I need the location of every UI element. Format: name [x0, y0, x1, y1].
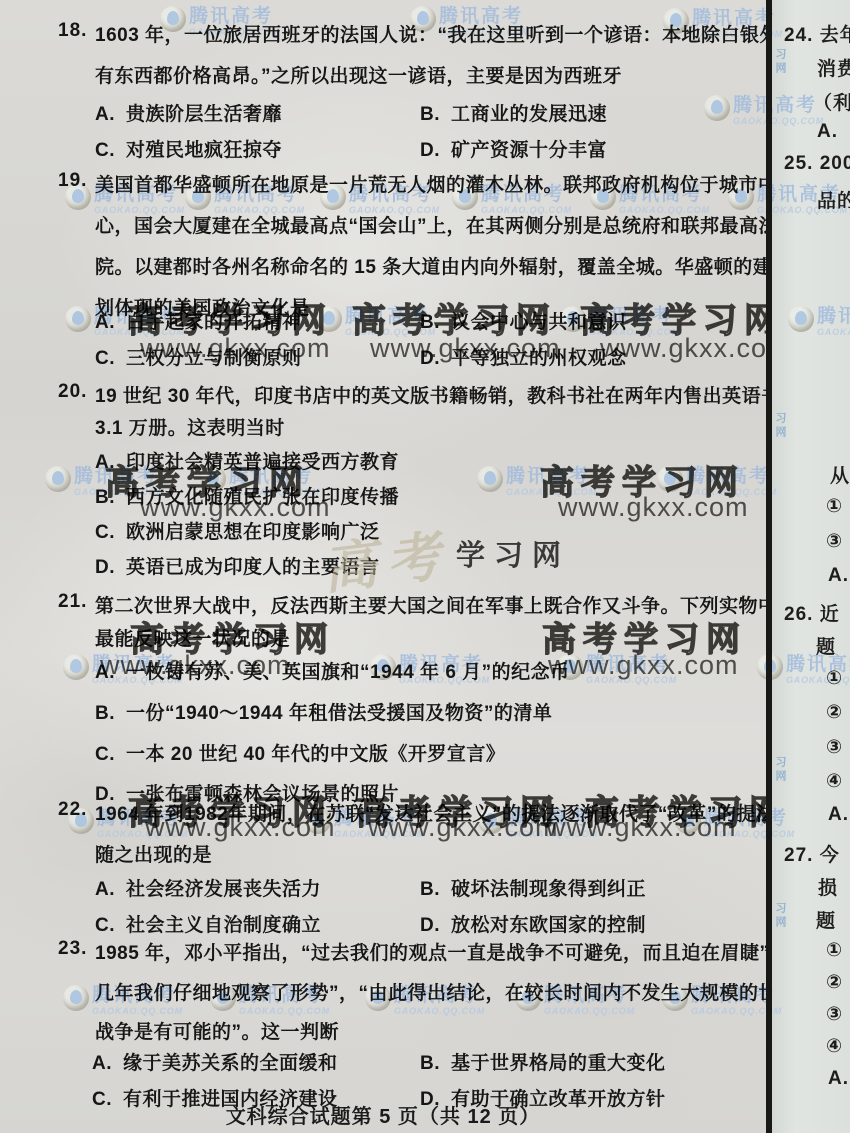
- next-column-text-fragment: ③: [826, 1003, 843, 1026]
- next-column-text-fragment: A.: [828, 565, 849, 587]
- next-column-text-fragment: ③: [826, 530, 843, 553]
- option-label: C.: [95, 522, 115, 543]
- tencent-watermark-name: 腾讯高考: [817, 307, 850, 326]
- option-D: D.放松对东欧国家的控制: [420, 910, 646, 937]
- gkxx-watermark-solid-fragment: 学习网: [456, 533, 570, 574]
- option-A: A.缘于美苏关系的全面缓和: [92, 1048, 338, 1075]
- question-stem-line: 有东西都价格高昂。”之所以出现这一谚语，主要是因为西班牙: [95, 61, 622, 88]
- next-column-text-fragment: 24. 去年: [784, 20, 850, 47]
- page-divider-line: [766, 0, 772, 1133]
- option-label: A.: [95, 879, 115, 900]
- next-column-text-fragment: 题: [816, 632, 836, 659]
- question-stem-line: 19 世纪 30 年代，印度书店中的英文版书籍畅销，教科书社在两年内售出英语书籍…: [95, 381, 766, 408]
- tencent-watermark-body: 腾讯高考GAOKAO.QQ.COM: [817, 307, 850, 337]
- next-column-text-fragment: ①: [826, 495, 843, 518]
- next-column-text-fragment: A.: [828, 1068, 849, 1090]
- gkxx-watermark-url: www.gkxx.com: [558, 492, 749, 523]
- option-label: B.: [420, 879, 440, 900]
- question-number: 19.: [58, 170, 87, 192]
- next-column-text-fragment: ①: [826, 667, 843, 690]
- next-column-text-fragment: 损: [818, 873, 838, 900]
- gkxx-watermark-url: www.gkxx.com: [145, 812, 336, 843]
- option-label: C.: [95, 140, 115, 161]
- option-D: D.矿产资源十分丰富: [420, 135, 607, 162]
- gkxx-watermark-script-fragment: 高考: [318, 512, 454, 604]
- question-number: 21.: [58, 591, 87, 613]
- question-stem-line: 随之出现的是: [95, 840, 212, 867]
- option-label: A.: [95, 312, 115, 333]
- next-column-text-fragment: ③: [826, 736, 843, 759]
- gkxx-watermark-url: www.gkxx.com: [100, 650, 291, 681]
- option-A: A.贵族阶层生活奢靡: [95, 99, 282, 126]
- next-column-text-fragment: 品的: [817, 186, 850, 213]
- next-column-text-fragment: 从: [830, 461, 850, 488]
- next-column-text-fragment: （利: [813, 88, 850, 115]
- option-A: A.社会经济发展丧失活力: [95, 874, 321, 901]
- gkxx-watermark-url: www.gkxx.com: [368, 812, 559, 843]
- question-stem-line: 1985 年，邓小平指出，“过去我们的观点一直是战争不可避免，而且迫在眉睫”；“…: [95, 938, 766, 965]
- edge-watermark-mark: 习网: [772, 902, 788, 930]
- option-B: B.一份“1940～1944 年租借法受援国及物资”的清单: [95, 698, 552, 725]
- next-column-text-fragment: A.: [817, 121, 838, 143]
- next-column-text-fragment: 26. 近: [784, 599, 840, 626]
- question-stem-line: 院。以建都时各州名称命名的 15 条大道由内向外辐射，覆盖全城。华盛顿的建筑规: [95, 252, 766, 279]
- gkxx-watermark-url: www.gkxx.com: [600, 333, 766, 364]
- option-label: C.: [95, 915, 115, 936]
- option-label: A.: [95, 104, 115, 125]
- option-label: B.: [420, 104, 440, 125]
- edge-watermark-mark: 习网: [772, 412, 788, 440]
- option-C: C.对殖民地疯狂掠夺: [95, 135, 282, 162]
- next-column-text-fragment: 27. 今: [784, 840, 840, 867]
- question-stem-line: 几年我们仔细地观察了形势”，“由此得出结论，在较长时间内不发生大规模的世界: [95, 978, 766, 1005]
- next-column-text-fragment: ④: [826, 1035, 843, 1058]
- next-column-text-fragment: 消费: [817, 54, 850, 81]
- option-label: D.: [420, 140, 440, 161]
- option-label: D.: [95, 557, 115, 578]
- next-column-text-fragment: A.: [828, 804, 849, 826]
- question-stem-line: 战争是有可能的”。这一判断: [95, 1017, 339, 1044]
- question-stem-line: 美国首都华盛顿所在地原是一片荒无人烟的灌木丛林。联邦政府机构位于城市中: [95, 170, 766, 197]
- next-column-text-fragment: 题: [816, 906, 836, 933]
- option-C: C.社会主义自治制度确立: [95, 910, 321, 937]
- option-B: B.工商业的发展迅速: [420, 99, 607, 126]
- tencent-gaokao-watermark: 腾讯高考GAOKAO.QQ.COM: [788, 306, 850, 337]
- next-column-text-fragment: ②: [826, 971, 843, 994]
- tencent-watermark-url: GAOKAO.QQ.COM: [817, 328, 850, 337]
- edge-watermark-mark: 习网: [772, 48, 788, 76]
- exam-left-column: 18.1603 年，一位旅居西班牙的法国人说：“我在这里听到一个谚语：本地除白银…: [0, 0, 766, 1133]
- option-label: A.: [92, 1053, 112, 1074]
- tencent-logo-drop: [795, 311, 807, 325]
- option-label: C.: [95, 744, 115, 765]
- question-stem-line: 3.1 万册。这表明当时: [95, 413, 285, 440]
- next-column-text-fragment: ④: [826, 770, 843, 793]
- gkxx-watermark-url: www.gkxx.com: [548, 650, 739, 681]
- question-stem-line: 1603 年，一位旅居西班牙的法国人说：“我在这里听到一个谚语：本地除白银外，所: [95, 20, 766, 47]
- gkxx-watermark-url: www.gkxx.com: [546, 812, 737, 843]
- option-label: D.: [420, 915, 440, 936]
- next-column-text-fragment: 25. 200: [784, 153, 850, 175]
- question-stem-line: 心，国会大厦建在全城最高点“国会山”上，在其两侧分别是总统府和联邦最高法: [95, 211, 766, 238]
- exam-page-scan: 腾讯高考GAOKAO.QQ.COM腾讯高考GAOKAO.QQ.COM腾讯高考GA…: [0, 0, 850, 1133]
- option-label: C.: [95, 348, 115, 369]
- option-B: B.破坏法制现象得到纠正: [420, 874, 646, 901]
- option-label: B.: [95, 703, 115, 724]
- tencent-logo-icon: [788, 306, 814, 332]
- gkxx-watermark-url: www.gkxx.com: [140, 492, 331, 523]
- gkxx-watermark-url: www.gkxx.com: [140, 333, 331, 364]
- edge-watermark-mark: 习网: [772, 756, 788, 784]
- option-B: B.基于世界格局的重大变化: [420, 1048, 666, 1075]
- question-number: 23.: [58, 938, 87, 960]
- question-number: 20.: [58, 381, 87, 403]
- question-number: 18.: [58, 20, 87, 42]
- next-column-text-fragment: ①: [826, 939, 843, 962]
- gkxx-watermark-url: www.gkxx.com: [370, 333, 561, 364]
- question-number: 22.: [58, 799, 87, 821]
- page-footer: 文科综合试题第 5 页（共 12 页）: [0, 1100, 766, 1129]
- option-label: B.: [420, 1053, 440, 1074]
- option-C: C.一本 20 世纪 40 年代的中文版《开罗宣言》: [95, 739, 505, 766]
- next-column-text-fragment: ②: [826, 701, 843, 724]
